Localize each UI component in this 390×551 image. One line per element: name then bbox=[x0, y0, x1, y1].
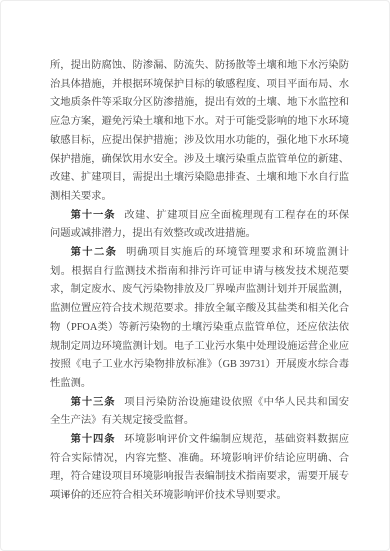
article-14-term: 第十四条 bbox=[71, 434, 116, 445]
paragraph-text: 所，提出防腐蚀、防渗漏、防流失、防扬散等土壤和地下水污染防治具体措施，并根据环境… bbox=[50, 60, 349, 202]
article-12-term: 第十二条 bbox=[71, 247, 118, 258]
paragraph-article-11: 第十一条改建、扩建项目应全面梳理现有工程存在的环保问题或减排潜力，提出有效整改或… bbox=[50, 207, 349, 244]
article-11-term: 第十一条 bbox=[71, 210, 116, 221]
paragraph-article-13: 第十三条项目污染防治设施建设依照《中华人民共和国安全生产法》有关规定接受监督。 bbox=[50, 394, 349, 431]
article-13-term: 第十三条 bbox=[71, 397, 116, 408]
paragraph-text: 明确项目实施后的环境管理要求和环境监测计划。根据自行监测技术指南和排污许可证申请… bbox=[50, 247, 349, 389]
document-body: 所，提出防腐蚀、防渗漏、防流失、防扬散等土壤和地下水污染防治具体措施，并根据环境… bbox=[50, 57, 349, 506]
paragraph-article-14: 第十四条环境影响评价文件编制应规范，基础资料数据应符合实际情况，内容完整、准确。… bbox=[50, 431, 349, 506]
page-number: — 6 — bbox=[50, 490, 85, 502]
paragraph-article-12: 第十二条明确项目实施后的环境管理要求和环境监测计划。根据自行监测技术指南和排污许… bbox=[50, 244, 349, 394]
document-page: 所，提出防腐蚀、防渗漏、防流失、防扬散等土壤和地下水污染防治具体措施，并根据环境… bbox=[0, 0, 390, 551]
paragraph-continuation: 所，提出防腐蚀、防渗漏、防流失、防扬散等土壤和地下水污染防治具体措施，并根据环境… bbox=[50, 57, 349, 207]
